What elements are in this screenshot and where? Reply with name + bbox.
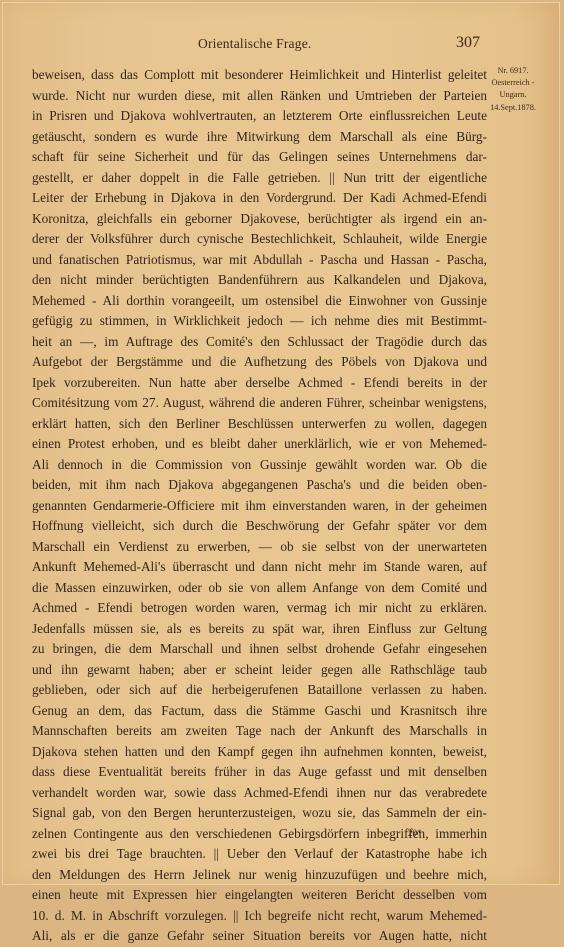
text-line: geblieben, oder sich auf die herbeigeruf…: [32, 680, 487, 701]
text-line: dass diese Eventualität bereits früher i…: [32, 762, 487, 783]
text-line: Mannschaften bereits am zweiten Tage nac…: [32, 721, 487, 742]
text-line: die Massen einzuwirken, oder ob sie von …: [32, 578, 487, 599]
text-line: schaft für seine Sicherheit und für das …: [32, 147, 487, 168]
text-line: beiden, mit ihm nach Djakova abgegangene…: [32, 475, 487, 496]
text-line: getäuscht, sondern es wurde ihre Mitwirk…: [32, 127, 487, 148]
text-line: Djakova stehen hatten und den Kampf gege…: [32, 742, 487, 763]
margin-country-cont: Ungarn.: [484, 89, 542, 101]
book-page: Orientalische Frage. 307 Nr. 6917. Oeste…: [2, 2, 560, 885]
text-line: in Prisren und Djakova wohlvertrauten, a…: [32, 106, 487, 127]
text-line: gefügig zu stimmen, in Wirklichkeit jedo…: [32, 311, 487, 332]
text-line: Ankunft Mehemed-Ali's überrascht und dan…: [32, 557, 487, 578]
text-line: Mehemed - Ali dorthin vorangeeilt, um os…: [32, 291, 487, 312]
text-line: Signal gab, von den Bergen herunterzuste…: [32, 803, 487, 824]
text-line: und ihn gewarnt haben; aber er scheint l…: [32, 660, 487, 681]
text-line: Aufgebot der Bergstämme und die Aufhetzu…: [32, 352, 487, 373]
text-line: Ipek vorzubereiten. Nun hatte aber derse…: [32, 373, 487, 394]
text-line: Leiter der Erhebung in Djakova in den Vo…: [32, 188, 487, 209]
text-line: derer der Volksführer durch cynische Bes…: [32, 229, 487, 250]
text-line: Hoffnung vielleicht, sich durch die Besc…: [32, 516, 487, 537]
text-line: den Meldungen des Herrn Jelinek nur weni…: [32, 865, 487, 886]
text-line: wurde. Nicht nur wurden diese, mit allen…: [32, 86, 487, 107]
text-line: einen Protest erhoben, und es bleibt dah…: [32, 434, 487, 455]
text-line: gestellt, er daher doppelt in die Falle …: [32, 168, 487, 189]
text-line: Ali dennoch in die Commission von Gussin…: [32, 455, 487, 476]
text-line: einen heute mit Expressen hier eingelang…: [32, 885, 487, 889]
text-line: Marschall ein Verdienst zu erwerben, — o…: [32, 537, 487, 558]
text-line: erklärt hatten, sich den Berliner Beschl…: [32, 414, 487, 435]
margin-note: Nr. 6917. Oesterreich - Ungarn. 14.Sept.…: [484, 65, 542, 114]
text-line: Jedenfalls müssen sie, als es bereits zu…: [32, 619, 487, 640]
body-text: beweisen, dass das Complott mit besonder…: [32, 65, 487, 889]
page-header: Orientalische Frage. 307: [2, 36, 560, 54]
margin-country: Oesterreich -: [484, 77, 542, 89]
text-line: den nicht minder berüchtigten Bandenführ…: [32, 270, 487, 291]
text-line: heit an —, im Auftrage des Comité's den …: [32, 332, 487, 353]
text-line: Comitésitzung vom 27. August, während di…: [32, 393, 487, 414]
text-line: zwei bis drei Tage brauchten. || Ueber d…: [32, 844, 487, 865]
text-line: Koronitza, gleichfalls ein geborner Djak…: [32, 209, 487, 230]
running-title: Orientalische Frage.: [198, 36, 311, 52]
document-number: Nr. 6917.: [484, 65, 542, 77]
text-line: zu bringen, die dem Marschall und ihnen …: [32, 639, 487, 660]
text-line: und fanatischen Patriotismus, war mit Ab…: [32, 250, 487, 271]
signature-mark: 20*: [408, 828, 422, 838]
text-line: genannten Gendarmerie-Officiere mit ihm …: [32, 496, 487, 517]
page-number: 307: [456, 34, 480, 52]
text-line: beweisen, dass das Complott mit besonder…: [32, 65, 487, 86]
margin-date: 14.Sept.1878.: [484, 102, 542, 114]
text-line: verhandelt worden war, sowie dass Achmed…: [32, 783, 487, 804]
text-line: Achmed - Efendi betrogen worden waren, v…: [32, 598, 487, 619]
text-line: Genug an dem, das Factum, dass die Stämm…: [32, 701, 487, 722]
